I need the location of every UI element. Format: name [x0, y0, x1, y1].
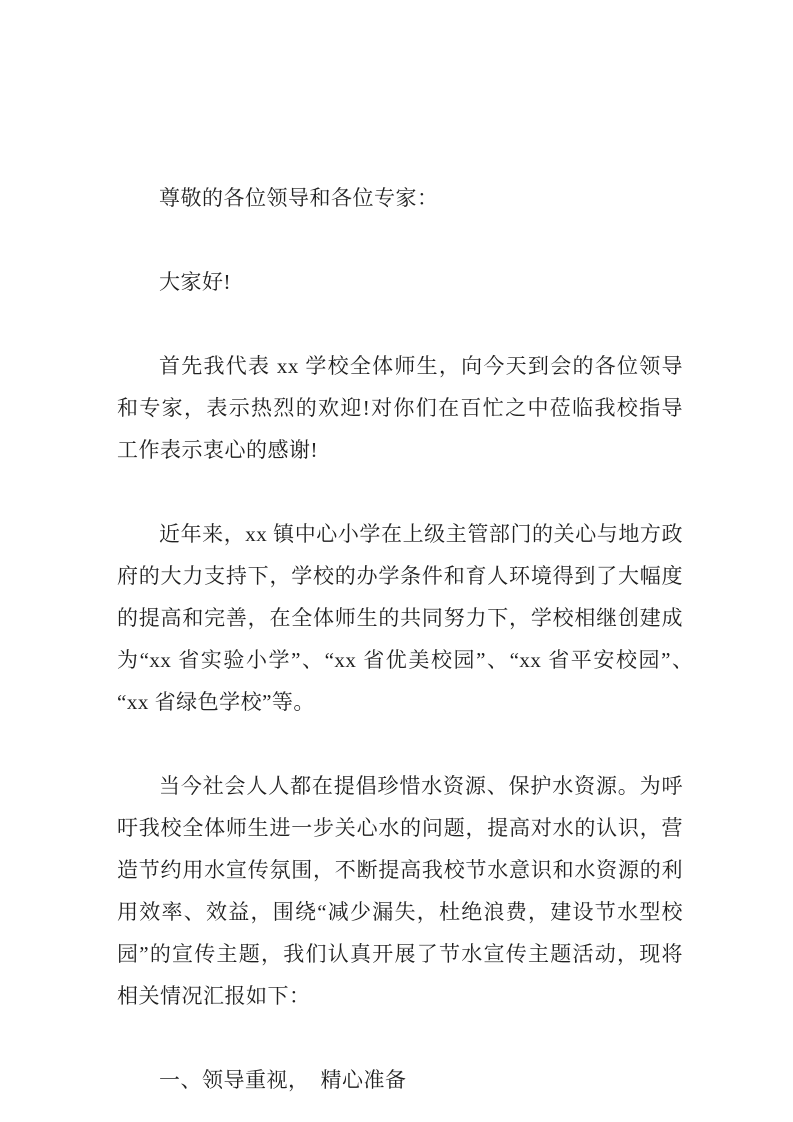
- paragraph-greeting: 大家好!: [117, 261, 683, 303]
- paragraph-salutation: 尊敬的各位领导和各位专家：: [117, 177, 683, 219]
- paragraph-welcome: 首先我代表 xx 学校全体师生，向今天到会的各位领导和专家，表示热烈的欢迎!对你…: [117, 345, 683, 471]
- paragraph-water-conservation-intro: 当今社会人人都在提倡珍惜水资源、保护水资源。为呼吁我校全体师生进一步关心水的问题…: [117, 765, 683, 1017]
- heading-section-one: 一、领导重视， 精心准备: [117, 1059, 683, 1101]
- document-page: 尊敬的各位领导和各位专家： 大家好! 首先我代表 xx 学校全体师生，向今天到会…: [0, 0, 793, 1122]
- paragraph-school-achievements: 近年来，xx 镇中心小学在上级主管部门的关心与地方政府的大力支持下，学校的办学条…: [117, 513, 683, 723]
